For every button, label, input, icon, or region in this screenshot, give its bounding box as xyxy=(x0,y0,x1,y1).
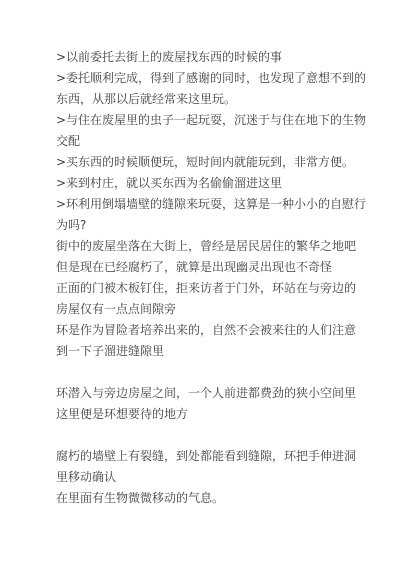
blank-line xyxy=(56,425,367,446)
text-line: >以前委托去街上的废屋找东西的时候的事 xyxy=(56,47,367,68)
text-line: 腐朽的墙壁上有裂缝，到处都能看到缝隙，环把手伸进洞里移动确认 xyxy=(56,446,367,488)
text-line: >买东西的时候顺便玩，短时间内就能玩到，非常方便。 xyxy=(56,152,367,173)
blank-line xyxy=(56,362,367,383)
text-line: >环利用倒塌墙壁的缝隙来玩耍，这算是一种小小的自慰行为吗? xyxy=(56,194,367,236)
text-line: 但是现在已经腐朽了，就算是出现幽灵出现也不奇怪 xyxy=(56,257,367,278)
text-line: >与住在废屋里的虫子一起玩耍，沉迷于与住在地下的生物交配 xyxy=(56,110,367,152)
text-line: 正面的门被木板钉住，拒来访者于门外，环站在与旁边的房屋仅有一点点间隙旁 xyxy=(56,278,367,320)
text-line: 环是作为冒险者培养出来的，自然不会被来往的人们注意到一下子溜进缝隙里 xyxy=(56,320,367,362)
text-line: 环潜入与旁边房屋之间，一个人前进都费劲的狭小空间里 xyxy=(56,383,367,404)
text-content: >以前委托去街上的废屋找东西的时候的事 >委托顺利完成，得到了感谢的同时，也发现… xyxy=(56,47,367,509)
text-line: 街中的废屋坐落在大街上，曾经是居民居住的繁华之地吧 xyxy=(56,236,367,257)
text-line: 在里面有生物微微移动的气息。 xyxy=(56,488,367,509)
text-line: >委托顺利完成，得到了感谢的同时，也发现了意想不到的东西，从那以后就经常来这里玩… xyxy=(56,68,367,110)
reader-page[interactable]: >以前委托去街上的废屋找东西的时候的事 >委托顺利完成，得到了感谢的同时，也发现… xyxy=(0,0,399,565)
text-line: >来到村庄，就以买东西为名偷偷溜进这里 xyxy=(56,173,367,194)
text-line: 这里便是环想要待的地方 xyxy=(56,404,367,425)
